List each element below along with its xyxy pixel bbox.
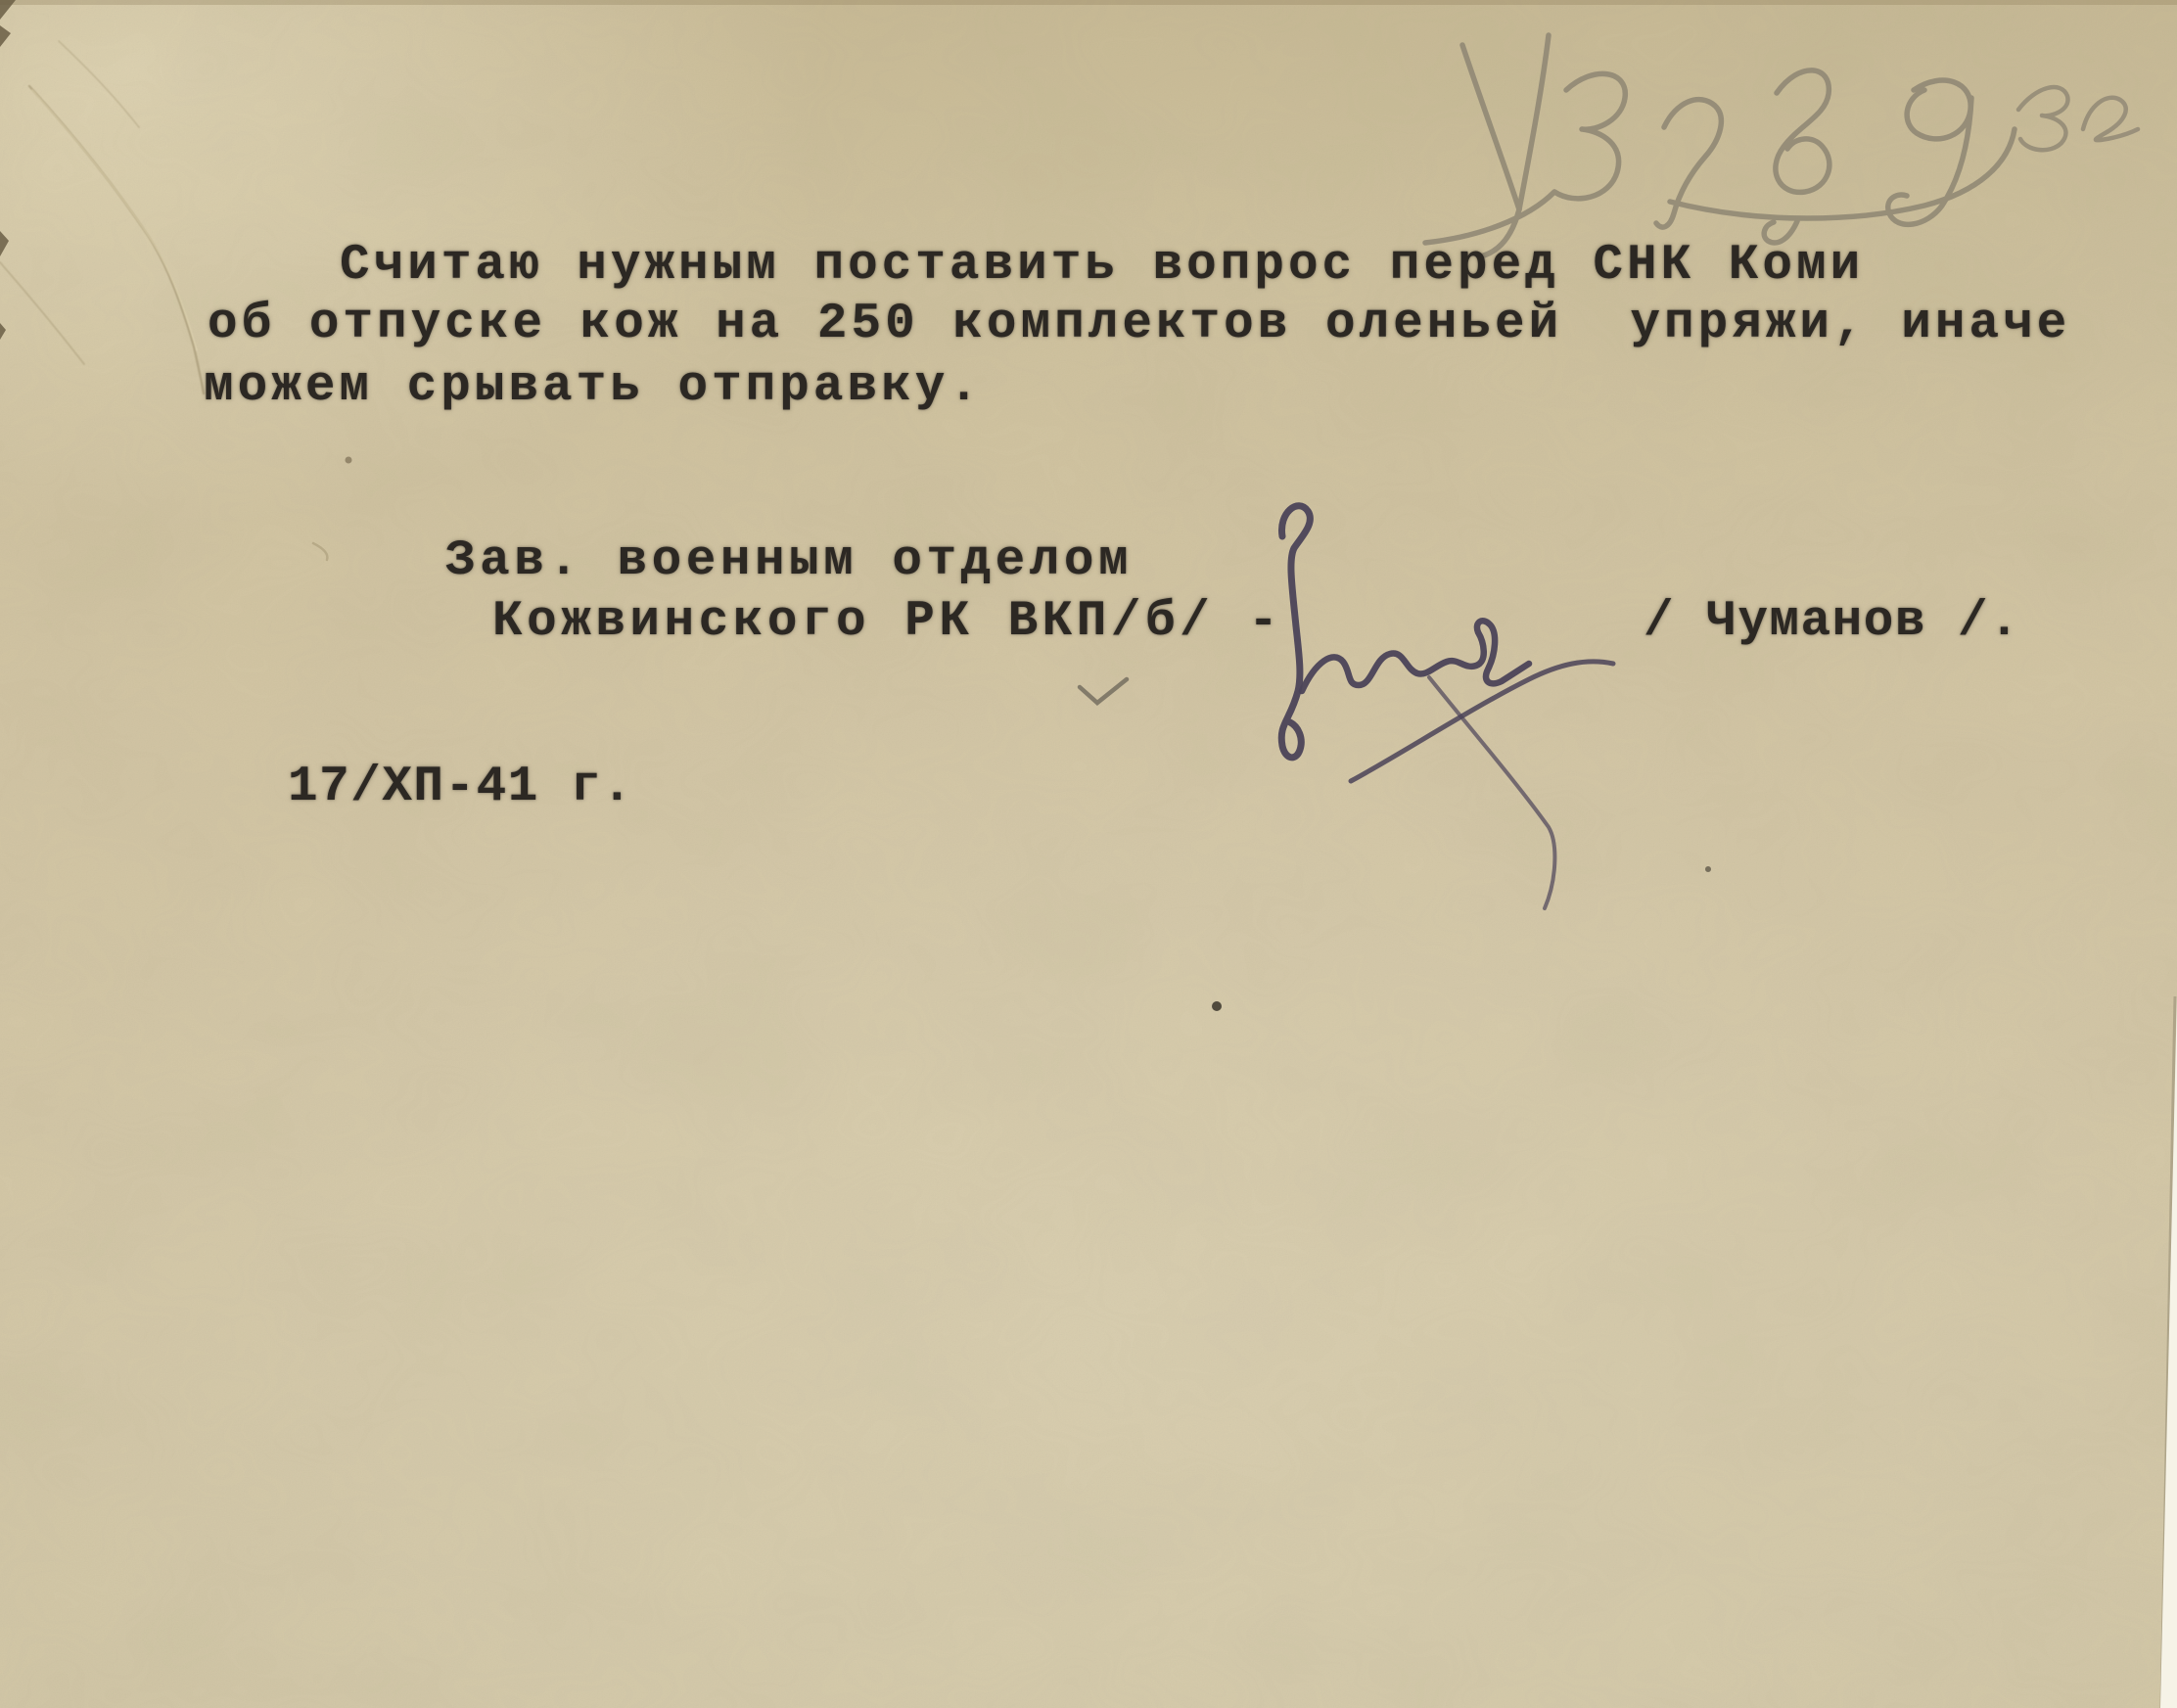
typed-line-paragraph-2: об отпуске кож на 250 комплектов оленьей… (208, 300, 2070, 349)
typed-signer-name: / Чуманов /. (1644, 597, 2020, 647)
typed-line-paragraph-3: можем срывать отправку. (204, 362, 983, 412)
typed-date-line: 17/ХП-41 г. (288, 762, 633, 812)
document-paper: Считаю нужным поставить вопрос перед СНК… (0, 0, 2177, 1708)
scan-background: Считаю нужным поставить вопрос перед СНК… (0, 0, 2177, 1708)
typed-line-signer-role-1: Зав. военным отделом (445, 536, 1133, 586)
typed-line-paragraph-1: Считаю нужным поставить вопрос перед СНК… (340, 241, 1864, 291)
top-edge-shadow (0, 0, 2177, 5)
typed-line-signer-role-2: Кожвинского РК ВКП/б/ - (492, 597, 1282, 647)
